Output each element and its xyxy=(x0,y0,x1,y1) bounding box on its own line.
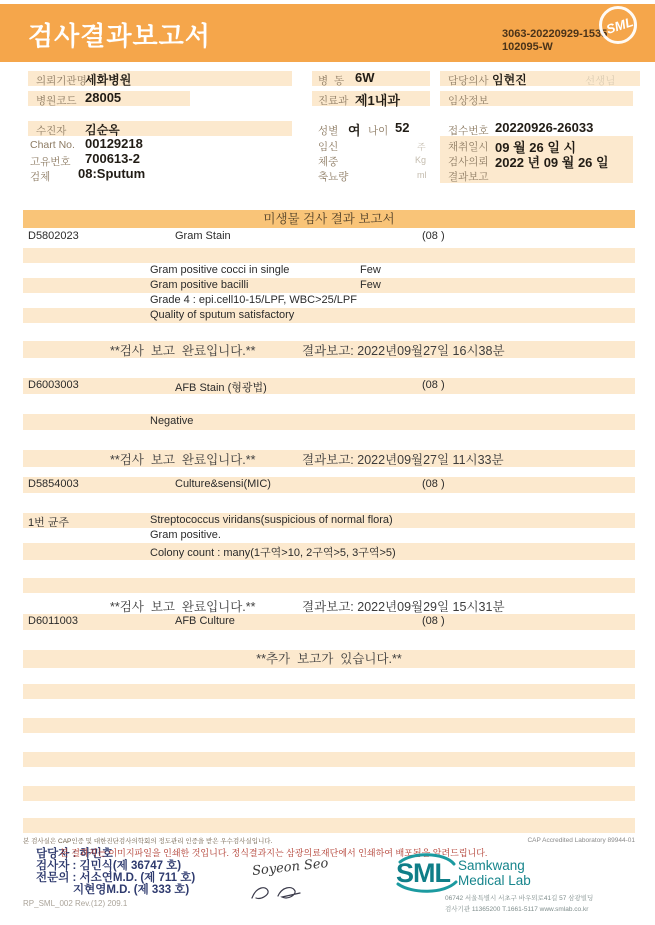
field-unique-no: 고유번호 700613-2 xyxy=(28,152,292,167)
company-contact: 검사기관 11365200 T.1661-5117 www.smlab.co.k… xyxy=(445,904,588,913)
field-label: 성별 xyxy=(318,123,338,138)
field-clinical-info: 임상정보 xyxy=(440,91,633,106)
field-weight: 체중 Kg xyxy=(312,152,430,167)
result-name: Gram positive bacilli xyxy=(150,279,248,291)
report-datetime: 결과보고: 2022년09월29일 15시31분 xyxy=(302,597,505,615)
section-title: 미생물 검사 결과 보고서 xyxy=(23,210,635,228)
field-pregnancy: 임신 주 xyxy=(312,137,430,152)
specimen-code: (08 ) xyxy=(422,230,445,242)
result-name: Gram positive cocci in single xyxy=(150,264,289,276)
result-name: Grade 4 : epi.cell10-15/LPF, WBC>25/LPF xyxy=(150,294,357,306)
field-label: 축뇨량 xyxy=(318,169,348,184)
organism-name: Streptococcus viridans(suspicious of nor… xyxy=(150,514,393,526)
completion-message: **검사 보고 완료입니다.** xyxy=(110,450,256,468)
field-label: 결과보고 xyxy=(448,169,489,184)
company-name-line-1: Samkwang xyxy=(458,858,531,873)
empty-row xyxy=(23,718,635,733)
field-label: 검체 xyxy=(30,169,50,184)
field-receipt-no: 접수번호 20220926-26033 xyxy=(440,121,633,136)
sml-logo-text: SML xyxy=(604,14,635,37)
test-name: AFB Stain (형광법) xyxy=(175,379,267,395)
field-value: 08:Sputum xyxy=(78,166,145,181)
test-row-gram-stain: D5802023 Gram Stain (08 ) xyxy=(23,229,635,244)
field-label: 채취일시 xyxy=(448,139,489,154)
cap-accreditation-line: CAP Accredited Laboratory 89944-01 xyxy=(527,837,635,844)
field-label: 병원코드 xyxy=(36,93,77,108)
report-datetime: 결과보고: 2022년09월27일 16시38분 xyxy=(302,341,505,359)
result-name: Quality of sputum satisfactory xyxy=(150,309,294,321)
result-row: Quality of sputum satisfactory xyxy=(23,308,635,323)
test-name: AFB Culture xyxy=(175,615,235,627)
lab-report-page: 검사결과보고서 3063-20220929-1535 102095-W SML … xyxy=(0,0,655,925)
result-value: Few xyxy=(360,279,381,291)
field-label: 진료과 xyxy=(318,93,348,108)
field-value: 6W xyxy=(355,70,375,85)
field-label: 검사의뢰 xyxy=(448,154,489,169)
specimen-code: (08 ) xyxy=(422,478,445,490)
field-value: 52 xyxy=(395,120,409,135)
field-unit: ml xyxy=(417,170,427,180)
field-value: 임현진 xyxy=(492,71,527,88)
result-row: Colony count : many(1구역>10, 2구역>5, 3구역>5… xyxy=(23,543,635,560)
specimen-code: (08 ) xyxy=(422,379,445,391)
result-row: Grade 4 : epi.cell10-15/LPF, WBC>25/LPF xyxy=(23,293,635,308)
report-header: 검사결과보고서 3063-20220929-1535 102095-W SML xyxy=(0,4,655,62)
specialist-line-2: 지현영M.D. (제 333 호) xyxy=(73,881,189,897)
field-label: 수진자 xyxy=(36,123,66,138)
certification-line: 본 검사실은 CAP인증 및 대한진단검사의학회의 정도관리 인증을 받은 우수… xyxy=(23,836,272,845)
empty-row xyxy=(23,684,635,699)
test-name: Gram Stain xyxy=(175,230,231,242)
field-value: 20220926-26033 xyxy=(495,120,593,135)
field-referring-org: 의뢰기관명 세화병원 xyxy=(28,71,292,86)
result-row: Gram positive bacilli Few xyxy=(23,278,635,293)
signature-scribble-icon xyxy=(248,883,312,903)
result-row: Gram positive. xyxy=(23,528,635,543)
document-numbers: 3063-20220929-1535 102095-W xyxy=(502,28,607,54)
empty-row xyxy=(23,818,635,833)
field-ward: 병 동 6W xyxy=(312,71,430,86)
field-label: 나이 xyxy=(368,123,388,138)
strain-row: 1번 균주 Streptococcus viridans(suspicious … xyxy=(23,513,635,528)
completion-row: **검사 보고 완료입니다.** 결과보고: 2022년09월29일 15시31… xyxy=(23,597,635,612)
field-dates-block: 채취일시 09 월 26 일 시 검사의뢰 2022 년 09 월 26 일 결… xyxy=(440,136,633,183)
company-address: 06742 서울특별시 서초구 바우뫼로41길 57 삼광빌딩 xyxy=(445,893,593,902)
result-row: Negative xyxy=(23,414,635,430)
sml-circle-logo-icon: SML xyxy=(599,6,637,44)
report-datetime: 결과보고: 2022년09월27일 11시33분 xyxy=(302,450,504,468)
field-value: 2022 년 09 월 26 일 xyxy=(495,152,609,171)
field-suffix: 선생님 xyxy=(585,73,615,88)
field-department: 진료과 제1내과 xyxy=(312,91,430,106)
field-value: 28005 xyxy=(85,90,121,105)
company-name-line-2: Medical Lab xyxy=(458,873,531,888)
completion-row: **검사 보고 완료입니다.** 결과보고: 2022년09월27일 16시38… xyxy=(23,341,635,358)
result-name: Negative xyxy=(150,415,193,427)
test-name: Culture&sensi(MIC) xyxy=(175,478,271,490)
form-number: RP_SML_002 Rev.(12) 209.1 xyxy=(23,899,127,908)
doc-number-1: 3063-20220929-1535 xyxy=(502,28,607,41)
test-row-afb-stain: D6003003 AFB Stain (형광법) (08 ) xyxy=(23,378,635,394)
result-value: Few xyxy=(360,264,381,276)
empty-row xyxy=(23,786,635,801)
test-row-culture-sensi: D5854003 Culture&sensi(MIC) (08 ) xyxy=(23,477,635,493)
field-label: 병 동 xyxy=(318,73,344,88)
field-label: 임상정보 xyxy=(448,93,489,108)
result-name: Gram positive. xyxy=(150,529,221,541)
field-value: 제1내과 xyxy=(355,90,400,109)
sml-company-name: Samkwang Medical Lab xyxy=(458,858,531,888)
field-label: 의뢰기관명 xyxy=(36,73,87,88)
result-name: Colony count : many(1구역>10, 2구역>5, 3구역>5… xyxy=(150,544,396,560)
result-row: Gram positive cocci in single Few xyxy=(23,263,635,278)
field-label: 담당의사 xyxy=(448,73,489,88)
field-specimen: 검체 08:Sputum xyxy=(28,167,292,182)
test-code: D5854003 xyxy=(28,478,79,490)
field-chart-no: Chart No. 00129218 xyxy=(28,137,292,152)
completion-row: **검사 보고 완료입니다.** 결과보고: 2022년09월27일 11시33… xyxy=(23,450,635,467)
field-value: 700613-2 xyxy=(85,151,140,166)
empty-row xyxy=(23,752,635,767)
signature-soyeon-seo: Soyeon Seo xyxy=(251,856,329,879)
field-value: 세화병원 xyxy=(85,71,131,88)
specimen-code: (08 ) xyxy=(422,615,445,627)
empty-row xyxy=(23,248,635,263)
field-unit: Kg xyxy=(415,155,426,165)
test-code: D6011003 xyxy=(28,615,78,627)
test-code: D6003003 xyxy=(28,379,79,391)
field-label: Chart No. xyxy=(30,139,75,151)
field-value: 00129218 xyxy=(85,136,143,151)
completion-message: **검사 보고 완료입니다.** xyxy=(110,341,256,359)
field-hospital-code: 병원코드 28005 xyxy=(28,91,190,106)
field-doctor: 담당의사 임현진 선생님 xyxy=(440,71,640,86)
doc-number-2: 102095-W xyxy=(502,41,607,54)
field-patient-name: 수진자 김순옥 xyxy=(28,121,292,136)
sml-logo-swoosh-icon xyxy=(394,852,460,894)
completion-message: **검사 보고 완료입니다.** xyxy=(110,597,256,615)
field-sex-age: 성별 여 나이 52 xyxy=(312,121,430,136)
empty-row xyxy=(23,578,635,593)
additional-report-row: **추가 보고가 있습니다.** xyxy=(23,650,635,668)
test-row-afb-culture: D6011003 AFB Culture (08 ) xyxy=(23,614,635,630)
field-urine-volume: 축뇨량 ml xyxy=(312,167,430,182)
page-title: 검사결과보고서 xyxy=(28,16,211,53)
test-code: D5802023 xyxy=(28,230,79,242)
